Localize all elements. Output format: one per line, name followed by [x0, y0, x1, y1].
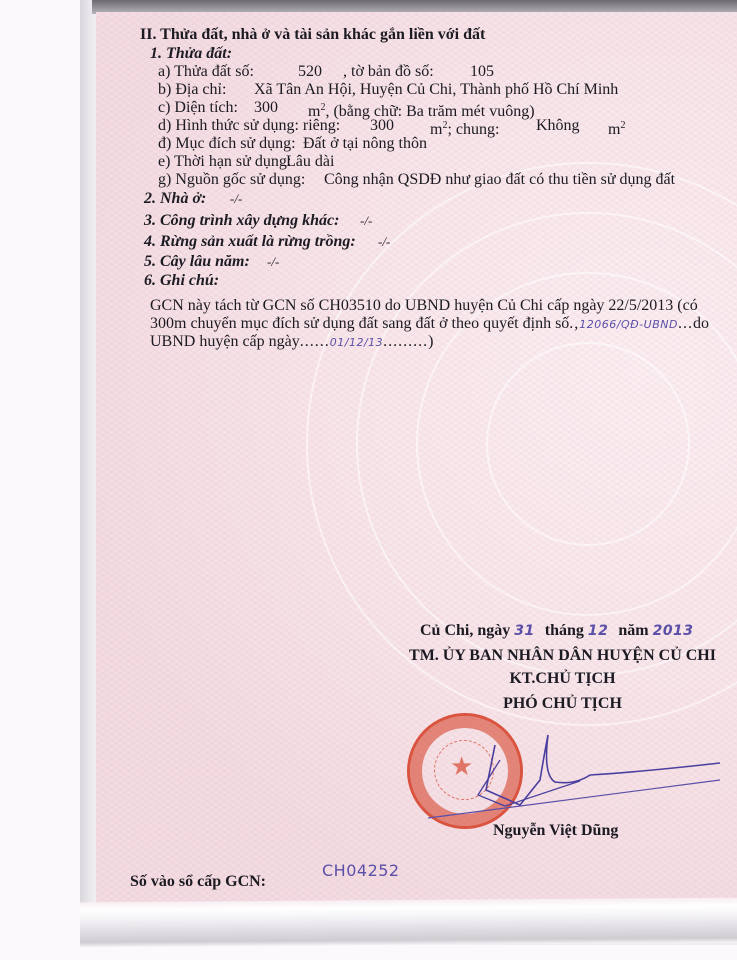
forest-heading: 4. Rừng sản xuất là rừng trồng: [144, 233, 356, 250]
map-sheet-number: 105 [470, 63, 494, 81]
area-label: c) Diện tích: [158, 99, 238, 116]
perennial-row: 5. Cây lâu năm: -/- [144, 253, 250, 271]
map-sheet-label: , tờ bản đồ số: [343, 63, 434, 81]
origin-label: g) Nguồn gốc sử dụng: [158, 171, 305, 188]
area-row: c) Diện tích: 300 m2, (bằng chữ: Ba trăm… [158, 99, 238, 117]
month-label: tháng [545, 622, 584, 639]
notes-line-2-text: 300m chuyển mục đích sử dụng đất sang đấ… [150, 315, 569, 332]
private-unit-wrap: m2; chung: [430, 117, 499, 139]
place-date-prefix: Củ Chi, ngày [420, 622, 510, 639]
private-area: 300 [370, 117, 394, 135]
purpose-row: đ) Mục đích sử dụng: Đất ở tại nông thôn [158, 135, 296, 153]
address-row: b) Địa chỉ: Xã Tân An Hội, Huyện Củ Chi,… [158, 81, 226, 99]
notes-heading: 6. Ghi chú: [144, 272, 219, 290]
parcel-label: a) Thửa đất số: [158, 63, 254, 80]
shared-label: ; chung: [447, 121, 499, 138]
perennial-value: -/- [267, 253, 279, 271]
day-handwritten: 31 [514, 623, 534, 639]
house-heading: 2. Nhà ở: [144, 190, 206, 207]
issuing-authority: TM. ỦY BAN NHÂN DÂN HUYỆN CỦ CHI [395, 647, 730, 665]
signer-name: Nguyễn Việt Dũng [493, 822, 618, 840]
address-label: b) Địa chỉ: [158, 81, 226, 98]
registry-number-handwritten: CH04252 [322, 862, 400, 880]
forest-row: 4. Rừng sản xuất là rừng trồng: -/- [144, 233, 356, 251]
notes-line-2: 300m chuyển mục đích sử dụng đất sang đấ… [150, 315, 709, 334]
parcel-number: 520 [298, 63, 322, 81]
stamp-emblem-icon: ★ [450, 752, 473, 782]
area-value: 300 [254, 99, 278, 117]
shared-unit-wrap: m2 [608, 117, 625, 139]
private-unit: m [430, 121, 442, 138]
land-heading: 1. Thửa đất: [150, 45, 232, 63]
notes-line-1: GCN này tách từ GCN số CH03510 do UBND h… [150, 297, 698, 315]
parcel-row: a) Thửa đất số: 520 , tờ bản đồ số: 105 [158, 63, 254, 81]
origin-value: Công nhận QSDĐ như giao đất có thu tiền … [324, 171, 675, 189]
notes-line-3-end: ) [428, 333, 433, 350]
year-label: năm [618, 622, 648, 639]
shared-unit: m [608, 121, 620, 138]
decision-date-handwritten: 01/12/13 [330, 336, 383, 349]
construction-heading: 3. Công trình xây dựng khác: [144, 212, 339, 229]
watermark-ring [486, 342, 690, 546]
term-label: e) Thời hạn sử dụng: [158, 153, 291, 170]
house-row: 2. Nhà ở: -/- [144, 190, 206, 208]
house-value: -/- [230, 190, 242, 208]
perennial-heading: 5. Cây lâu năm: [144, 253, 250, 270]
year-handwritten: 2013 [653, 623, 694, 639]
construction-row: 3. Công trình xây dựng khác: -/- [144, 212, 339, 230]
term-row: e) Thời hạn sử dụng: Lâu dài [158, 153, 291, 171]
decision-number-handwritten: 12066/QĐ-UBND [579, 318, 678, 331]
purpose-value: Đất ở tại nông thôn [303, 135, 427, 153]
sleeve-bottom-fold [80, 898, 737, 948]
origin-row: g) Nguồn gốc sử dụng: Công nhận QSDĐ như… [158, 171, 305, 189]
shared-area: Không [536, 117, 580, 135]
usage-form-row: d) Hình thức sử dụng: riêng: 300 m2; chu… [158, 117, 340, 135]
signer-role-1: KT.CHỦ TỊCH [395, 670, 730, 688]
notes-line-3: UBND huyện cấp ngày......01/12/13.......… [150, 333, 433, 352]
notes-line-2-end: do [693, 315, 709, 332]
address-value: Xã Tân An Hội, Huyện Củ Chi, Thành phố H… [254, 81, 618, 99]
notes-line-3-text: UBND huyện cấp ngày [150, 333, 300, 350]
area-unit-wrap: m2, (bằng chữ: Ba trăm mét vuông) [308, 99, 535, 121]
section-title: II. Thửa đất, nhà ở và tài sản khác gắn … [140, 26, 485, 44]
signer-role-2: PHÓ CHỦ TỊCH [395, 695, 730, 713]
place-date: Củ Chi, ngày 31 tháng 12 năm 2013 [420, 622, 694, 640]
term-value: Lâu dài [286, 153, 334, 171]
construction-value: -/- [360, 212, 372, 230]
registry-label: Số vào sổ cấp GCN: [130, 873, 266, 891]
official-red-stamp: ★ [407, 713, 523, 829]
usage-form-label: d) Hình thức sử dụng: riêng: [158, 117, 340, 134]
month-handwritten: 12 [588, 623, 608, 639]
forest-value: -/- [378, 233, 390, 251]
purpose-label: đ) Mục đích sử dụng: [158, 135, 296, 152]
